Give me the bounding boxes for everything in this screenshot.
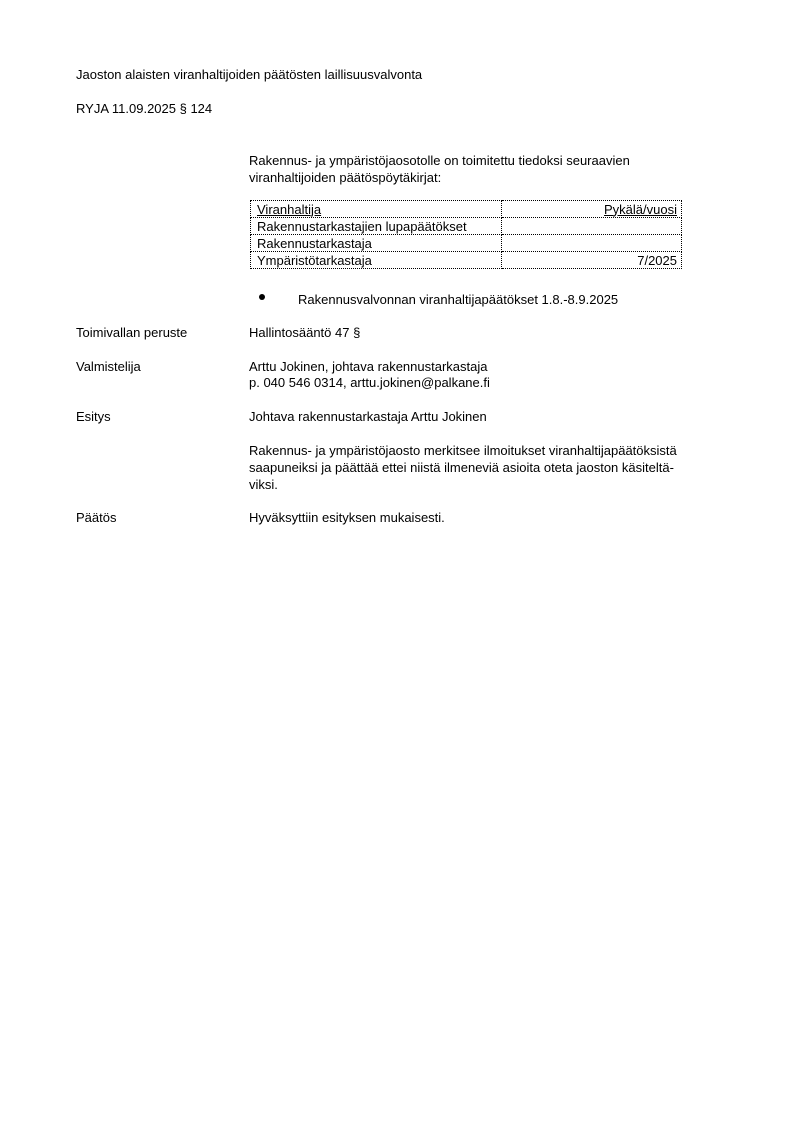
table-row: Ympäristötarkastaja 7/2025 (251, 252, 682, 269)
authority-value: Hallintosääntö 47 § (249, 324, 360, 341)
table-cell: Ympäristötarkastaja (251, 252, 502, 269)
table-cell (502, 218, 682, 235)
bullet-item: Rakennusvalvonnan viranhaltijapäätökset … (298, 291, 618, 308)
preparer-label: Valmistelija (76, 358, 141, 375)
proposal-text-line-3: viksi. (249, 476, 278, 493)
bullet-icon (259, 294, 265, 300)
proposal-presenter: Johtava rakennustarkastaja Arttu Jokinen (249, 408, 487, 425)
document-title: Jaoston alaisten viranhaltijoiden päätös… (76, 66, 422, 83)
preparer-contact: p. 040 546 0314, arttu.jokinen@palkane.f… (249, 374, 490, 391)
decision-minutes-table: Viranhaltija Pykälä/vuosi Rakennustarkas… (250, 200, 682, 269)
table-row: Rakennustarkastajien lupapäätökset (251, 218, 682, 235)
column-header-official: Viranhaltija (257, 202, 321, 217)
column-header-section-year: Pykälä/vuosi (604, 202, 677, 217)
proposal-text-line-2: saapuneiksi ja päättää ettei niistä ilme… (249, 459, 674, 476)
preparer-name: Arttu Jokinen, johtava rakennustarkastaj… (249, 358, 487, 375)
table-header-row: Viranhaltija Pykälä/vuosi (251, 201, 682, 218)
table-cell: 7/2025 (502, 252, 682, 269)
intro-line-1: Rakennus- ja ympäristöjaosotolle on toim… (249, 152, 630, 169)
proposal-text-line-1: Rakennus- ja ympäristöjaosto merkitsee i… (249, 442, 677, 459)
table-row: Rakennustarkastaja (251, 235, 682, 252)
decision-label: Päätös (76, 509, 116, 526)
table-cell: Rakennustarkastaja (251, 235, 502, 252)
meeting-reference: RYJA 11.09.2025 § 124 (76, 100, 212, 117)
table-cell: Rakennustarkastajien lupapäätökset (251, 218, 502, 235)
table-cell (502, 235, 682, 252)
proposal-label: Esitys (76, 408, 111, 425)
decision-value: Hyväksyttiin esityksen mukaisesti. (249, 509, 445, 526)
authority-label: Toimivallan peruste (76, 324, 187, 341)
intro-line-2: viranhaltijoiden päätöspöytäkirjat: (249, 169, 441, 186)
